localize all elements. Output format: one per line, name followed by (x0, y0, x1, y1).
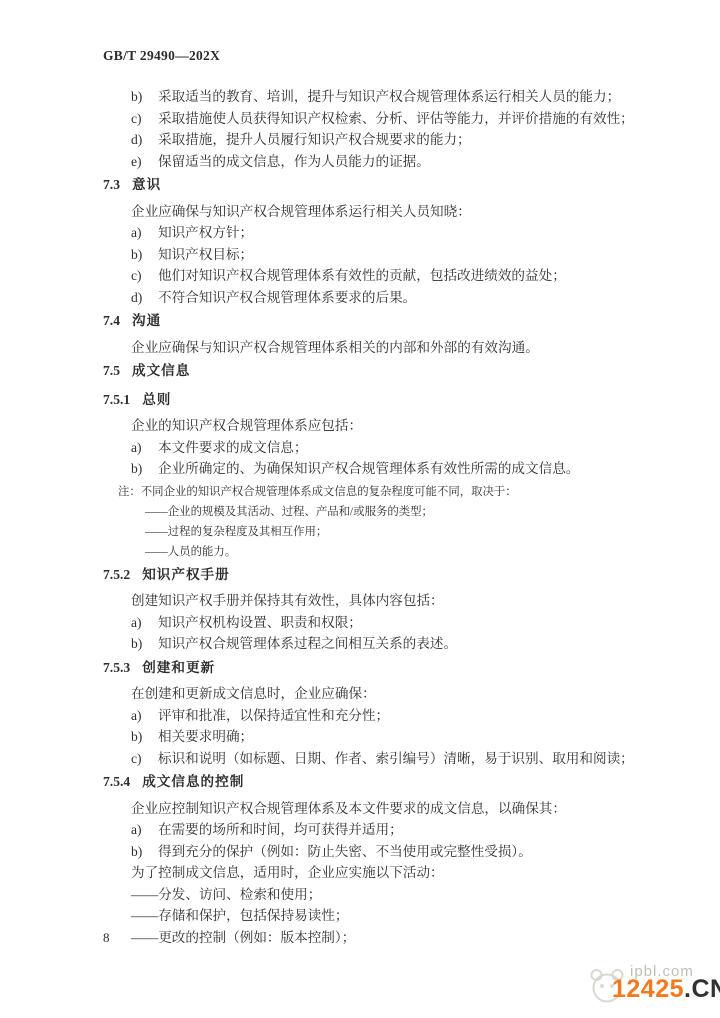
section-number: 7.5.3 (103, 660, 130, 675)
list-item: a)本文件要求的成文信息； (131, 437, 720, 459)
list-item-text: 不符合知识产权合规管理体系要求的后果。 (158, 290, 416, 305)
watermark-number: 12425 (612, 975, 684, 1003)
list-item-text: 他们对知识产权合规管理体系有效性的贡献，包括改进绩效的益处； (158, 268, 566, 283)
paragraph: 在创建和更新成文信息时，企业应确保： (131, 683, 720, 705)
list-item-marker: a) (131, 612, 158, 634)
list-item-text: 企业所确定的、为确保知识产权合规管理体系有效性所需的成文信息。 (158, 461, 579, 476)
section-title: 意识 (132, 177, 161, 192)
list-item: e)保留适当的成文信息，作为人员能力的证据。 (131, 151, 720, 173)
list-item: d)不符合知识产权合规管理体系要求的后果。 (131, 287, 720, 309)
paragraph: 企业应确保与知识产权合规管理体系运行相关人员知晓： (131, 201, 720, 223)
section-number: 7.5.4 (103, 774, 130, 789)
paragraph: 企业应控制知识产权合规管理体系及本文件要求的成文信息，以确保其： (131, 798, 720, 820)
list-item-marker: d) (131, 287, 158, 309)
section-heading: 7.5.4成文信息的控制 (103, 771, 720, 793)
list-item-text: 本文件要求的成文信息； (158, 440, 308, 455)
section-title: 成文信息 (132, 363, 190, 378)
section-title: 创建和更新 (142, 660, 215, 675)
list-item: c)采取措施使人员获得知识产权检索、分析、评估等能力，并评价措施的有效性； (131, 108, 720, 130)
list-item-marker: b) (131, 86, 158, 108)
section-heading: 7.5成文信息 (103, 360, 720, 382)
list-item-marker: b) (131, 841, 158, 863)
list-item: a)评审和批准，以保持适宜性和充分性； (131, 705, 720, 727)
list-item: d)采取措施，提升人员履行知识产权合规要求的能力； (131, 129, 720, 151)
section-heading: 7.5.1总则 (103, 389, 720, 411)
note-line: 注：不同企业的知识产权合规管理体系成文信息的复杂程度可能不同，取决于： (118, 482, 720, 502)
list-item-marker: b) (131, 633, 158, 655)
list-item-marker: c) (131, 748, 158, 770)
note-dash-item: ——人员的能力。 (145, 542, 720, 562)
section-number: 7.3 (103, 177, 120, 192)
note-dash-item: ——企业的规模及其活动、过程、产品和/或服务的类型； (145, 502, 720, 522)
list-item: b)企业所确定的、为确保知识产权合规管理体系有效性所需的成文信息。 (131, 458, 720, 480)
list-item: b)相关要求明确； (131, 726, 720, 748)
list-item-text: 知识产权合规管理体系过程之间相互关系的表述。 (158, 636, 457, 651)
list-item: b)知识产权合规管理体系过程之间相互关系的表述。 (131, 633, 720, 655)
section-number: 7.5.1 (103, 392, 130, 407)
paragraph: 企业应确保与知识产权合规管理体系相关的内部和外部的有效沟通。 (131, 337, 720, 359)
list-item: c)标识和说明（如标题、日期、作者、索引编号）清晰，易于识别、取用和阅读； (131, 748, 720, 770)
doc-header: GB/T 29490—202X (103, 48, 220, 64)
list-item: b)知识产权目标； (131, 244, 720, 266)
list-item-text: 知识产权方针； (158, 225, 253, 240)
list-item-text: 知识产权机构设置、职责和权限； (158, 615, 362, 630)
list-item-marker: a) (131, 819, 158, 841)
dash-item: ——分发、访问、检索和使用； (131, 884, 720, 906)
section-number: 7.5.2 (103, 567, 130, 582)
list-item: a)知识产权方针； (131, 222, 720, 244)
paragraph: 创建知识产权手册并保持其有效性，具体内容包括： (131, 590, 720, 612)
list-item-text: 采取措施使人员获得知识产权检索、分析、评估等能力，并评价措施的有效性； (158, 111, 634, 126)
list-item-marker: e) (131, 151, 158, 173)
list-item-marker: a) (131, 705, 158, 727)
section-title: 成文信息的控制 (142, 774, 244, 789)
list-item-marker: c) (131, 108, 158, 130)
list-item: c)他们对知识产权合规管理体系有效性的贡献，包括改进绩效的益处； (131, 265, 720, 287)
doc-content: b)采取适当的教育、培训，提升与知识产权合规管理体系运行相关人员的能力；c)采取… (0, 86, 720, 948)
list-item-marker: a) (131, 222, 158, 244)
list-item-marker: b) (131, 244, 158, 266)
list-item-text: 得到充分的保护（例如：防止失密、不当使用或完整性受损）。 (158, 844, 532, 859)
list-item-marker: d) (131, 129, 158, 151)
list-item-text: 标识和说明（如标题、日期、作者、索引编号）清晰，易于识别、取用和阅读； (158, 751, 634, 766)
dash-item: ——更改的控制（例如：版本控制）； (131, 927, 720, 949)
list-item-marker: b) (131, 458, 158, 480)
list-item-text: 相关要求明确； (158, 729, 253, 744)
watermark-domain: .CN (684, 975, 720, 1003)
list-item-marker: c) (131, 265, 158, 287)
section-number: 7.4 (103, 313, 120, 328)
list-item: b)采取适当的教育、培训，提升与知识产权合规管理体系运行相关人员的能力； (131, 86, 720, 108)
list-item-text: 采取适当的教育、培训，提升与知识产权合规管理体系运行相关人员的能力； (158, 89, 620, 104)
note-dash-item: ——过程的复杂程度及其相互作用； (145, 522, 720, 542)
list-item-text: 保留适当的成文信息，作为人员能力的证据。 (158, 154, 430, 169)
list-item-text: 采取措施，提升人员履行知识产权合规要求的能力； (158, 132, 471, 147)
list-item: b)得到充分的保护（例如：防止失密、不当使用或完整性受损）。 (131, 841, 720, 863)
section-title: 沟通 (132, 313, 161, 328)
list-item-text: 知识产权目标； (158, 247, 253, 262)
list-item-text: 评审和批准，以保持适宜性和充分性； (158, 708, 389, 723)
document-page: GB/T 29490—202X b)采取适当的教育、培训，提升与知识产权合规管理… (0, 0, 720, 1018)
dash-item: ——存储和保护，包括保持易读性； (131, 905, 720, 927)
watermark-text: 12425.CN (612, 975, 720, 1004)
list-item: a)知识产权机构设置、职责和权限； (131, 612, 720, 634)
section-title: 总则 (142, 392, 171, 407)
paragraph: 企业的知识产权合规管理体系应包括： (131, 415, 720, 437)
section-heading: 7.3意识 (103, 174, 720, 196)
section-heading: 7.4沟通 (103, 310, 720, 332)
section-number: 7.5 (103, 363, 120, 378)
watermark: ipbl.com 12425.CN (583, 962, 715, 1010)
section-heading: 7.5.2知识产权手册 (103, 564, 720, 586)
section-title: 知识产权手册 (142, 567, 230, 582)
list-item-marker: b) (131, 726, 158, 748)
section-heading: 7.5.3创建和更新 (103, 657, 720, 679)
list-item: a)在需要的场所和时间，均可获得并适用； (131, 819, 720, 841)
list-item-text: 在需要的场所和时间，均可获得并适用； (158, 822, 403, 837)
page-number: 8 (103, 930, 110, 946)
paragraph: 为了控制成文信息，适用时，企业应实施以下活动： (131, 862, 720, 884)
list-item-marker: a) (131, 437, 158, 459)
